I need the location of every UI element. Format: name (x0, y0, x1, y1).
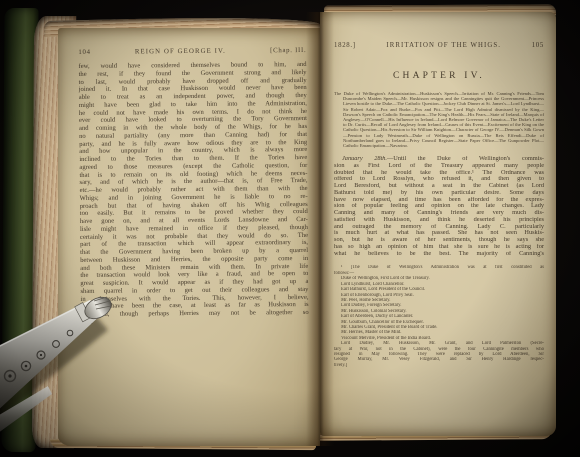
right-page: 1828.] IRRITATION OF THE WHIGS. 105 CHAP… (320, 12, 556, 436)
footnote-line: ¹ [The Duke of Wellington's Administrati… (334, 265, 544, 270)
right-page-content: 1828.] IRRITATION OF THE WHIGS. 105 CHAP… (320, 12, 556, 436)
footnote-office-list: Duke of Wellington, First Lord of the Tr… (334, 276, 544, 341)
body-line: Canning and many of Canning's friends ar… (334, 210, 544, 217)
chapter-heading: CHAPTER IV. (334, 71, 544, 81)
body-line: offered to Lord Rosslyn, who refused it,… (334, 176, 544, 183)
body-line: son, but he is aware of her sentiments, … (334, 237, 544, 244)
entry-first-line-rest: —Until the Duke of Wellington's commis- (387, 156, 544, 162)
body-line: and outraged the memory of Canning. Lady… (334, 224, 544, 231)
right-running-title: IRRITATION OF THE WHIGS. (386, 42, 501, 49)
footnote-intro: ¹ [The Duke of Wellington's Administrati… (334, 265, 544, 276)
left-chapter-ref: [Chap. III. (270, 47, 306, 54)
right-running-head: 1828.] IRRITATION OF THE WHIGS. 105 (334, 42, 544, 50)
body-line: sion of popular feeling and opinion on t… (334, 203, 544, 210)
body-line: is much hurt at what has passed. She has… (334, 230, 544, 237)
body-line: have now elapsed, and time has been affo… (334, 197, 544, 204)
left-page-number: 104 (78, 49, 90, 56)
footnote-line: Lord Dudley, Mr. Huskisson, Mr. Grant, a… (334, 341, 544, 346)
body-line: has so high an opinion of him that she i… (334, 244, 544, 251)
footnote-line: tively.] (334, 363, 544, 368)
right-body-lines: sion as First Lord of the Treasury appea… (334, 163, 544, 258)
left-running-title: REIGN OF GEORGE IV. (135, 48, 226, 56)
left-running-head: 104 REIGN OF GEORGE IV. [Chap. III. (78, 47, 306, 57)
body-line: what he believes to be the best. The maj… (334, 251, 544, 258)
photo-background: 104 REIGN OF GEORGE IV. [Chap. III. few,… (0, 0, 580, 457)
footnote-closing: Lord Dudley, Mr. Huskisson, Mr. Grant, a… (334, 341, 544, 368)
body-line: Bathurst told me) by his own particular … (334, 190, 544, 197)
right-page-number: 105 (532, 42, 544, 49)
body-first-line: January 28th.—Until the Duke of Wellingt… (334, 156, 544, 163)
left-body-text: few, would have considered themselves bo… (78, 61, 308, 319)
footnote: ¹ [The Duke of Wellington's Administrati… (334, 265, 544, 368)
body-line: doubted that he would take the office.¹ … (334, 170, 544, 177)
entry-date: January 28th. (342, 156, 387, 162)
footnote-line: George Murray, Mr. Vesey Fitzgerald, and… (334, 357, 544, 362)
silver-bookmark-clip (0, 288, 144, 448)
right-body-text: January 28th.—Until the Duke of Wellingt… (334, 156, 544, 257)
body-line: Lord Beresford, but without a seat in th… (334, 183, 544, 190)
right-date-label: 1828.] (334, 42, 356, 49)
body-line: satisfied with Huskisson, and think he d… (334, 217, 544, 224)
body-line: sion as First Lord of the Treasury appea… (334, 163, 544, 170)
chapter-summary: The Duke of Wellington's Administration—… (334, 91, 544, 148)
